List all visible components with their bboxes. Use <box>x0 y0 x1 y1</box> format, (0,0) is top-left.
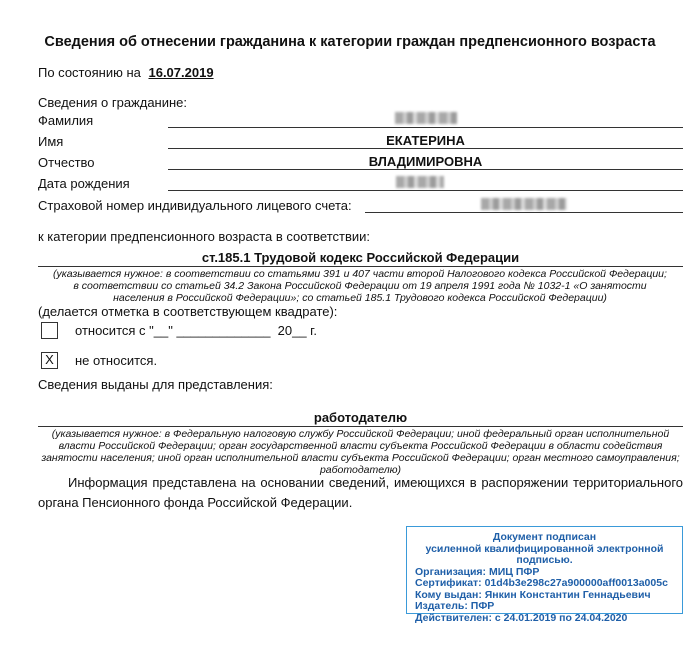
law-note: (указывается нужное: в соответствии со с… <box>50 268 670 304</box>
info-paragraph: Информация представлена на основании све… <box>38 473 683 513</box>
as-of-date: 16.07.2019 <box>148 65 213 80</box>
signature-stamp: Документ подписан усиленной квалифициров… <box>406 526 683 614</box>
citizen-section-header: Сведения о гражданине: <box>38 95 187 110</box>
mark-hint: (делается отметка в соответствующем квад… <box>38 304 337 319</box>
field-line-surname <box>168 127 683 128</box>
stamp-validity: Действителен: с 24.01.2019 по 24.04.2020 <box>415 613 682 625</box>
option-label-belongs: относится с "__" _____________ 20__ г. <box>75 323 317 338</box>
field-line-first-name <box>168 148 683 149</box>
stamp-header-line-3: подписью. <box>415 555 682 567</box>
issued-for-label: Сведения выданы для представления: <box>38 377 273 392</box>
recipient-line <box>38 426 683 427</box>
stamp-certificate: Сертификат: 01d4b3e298c27a900000aff0013a… <box>415 578 682 590</box>
redacted-surname <box>395 112 457 124</box>
recipient-note: (указывается нужное: в Федеральную налог… <box>38 428 683 476</box>
checkbox-not-belongs[interactable]: X <box>41 352 58 369</box>
as-of-label: По состоянию на <box>38 65 141 80</box>
field-label-patronymic: Отчество <box>38 155 95 170</box>
law-reference-line <box>38 266 683 267</box>
recipient: работодателю <box>38 410 683 425</box>
document-title: Сведения об отнесении гражданина к катег… <box>0 34 700 50</box>
option-label-not-belongs: не относится. <box>75 353 157 368</box>
stamp-header-line-1: Документ подписан <box>415 532 682 544</box>
as-of-row: По состоянию на 16.07.2019 <box>38 65 214 80</box>
field-label-surname: Фамилия <box>38 113 93 128</box>
checkbox-belongs[interactable] <box>41 322 58 339</box>
category-intro: к категории предпенсионного возраста в с… <box>38 229 370 244</box>
redacted-birth-date <box>396 176 444 188</box>
law-reference: ст.185.1 Трудовой кодекс Российской Феде… <box>38 250 683 265</box>
field-value-patronymic: ВЛАДИМИРОВНА <box>168 154 683 169</box>
field-value-surname <box>168 112 683 127</box>
field-value-snils <box>365 198 683 213</box>
stamp-issuer: Издатель: ПФР <box>415 601 682 613</box>
field-label-first-name: Имя <box>38 134 63 149</box>
field-value-first-name: ЕКАТЕРИНА <box>168 133 683 148</box>
redacted-snils <box>481 198 567 210</box>
field-line-patronymic <box>168 169 683 170</box>
field-value-birth-date <box>168 176 683 191</box>
field-label-snils: Страховой номер индивидуального лицевого… <box>38 198 352 213</box>
field-label-birth-date: Дата рождения <box>38 176 130 191</box>
